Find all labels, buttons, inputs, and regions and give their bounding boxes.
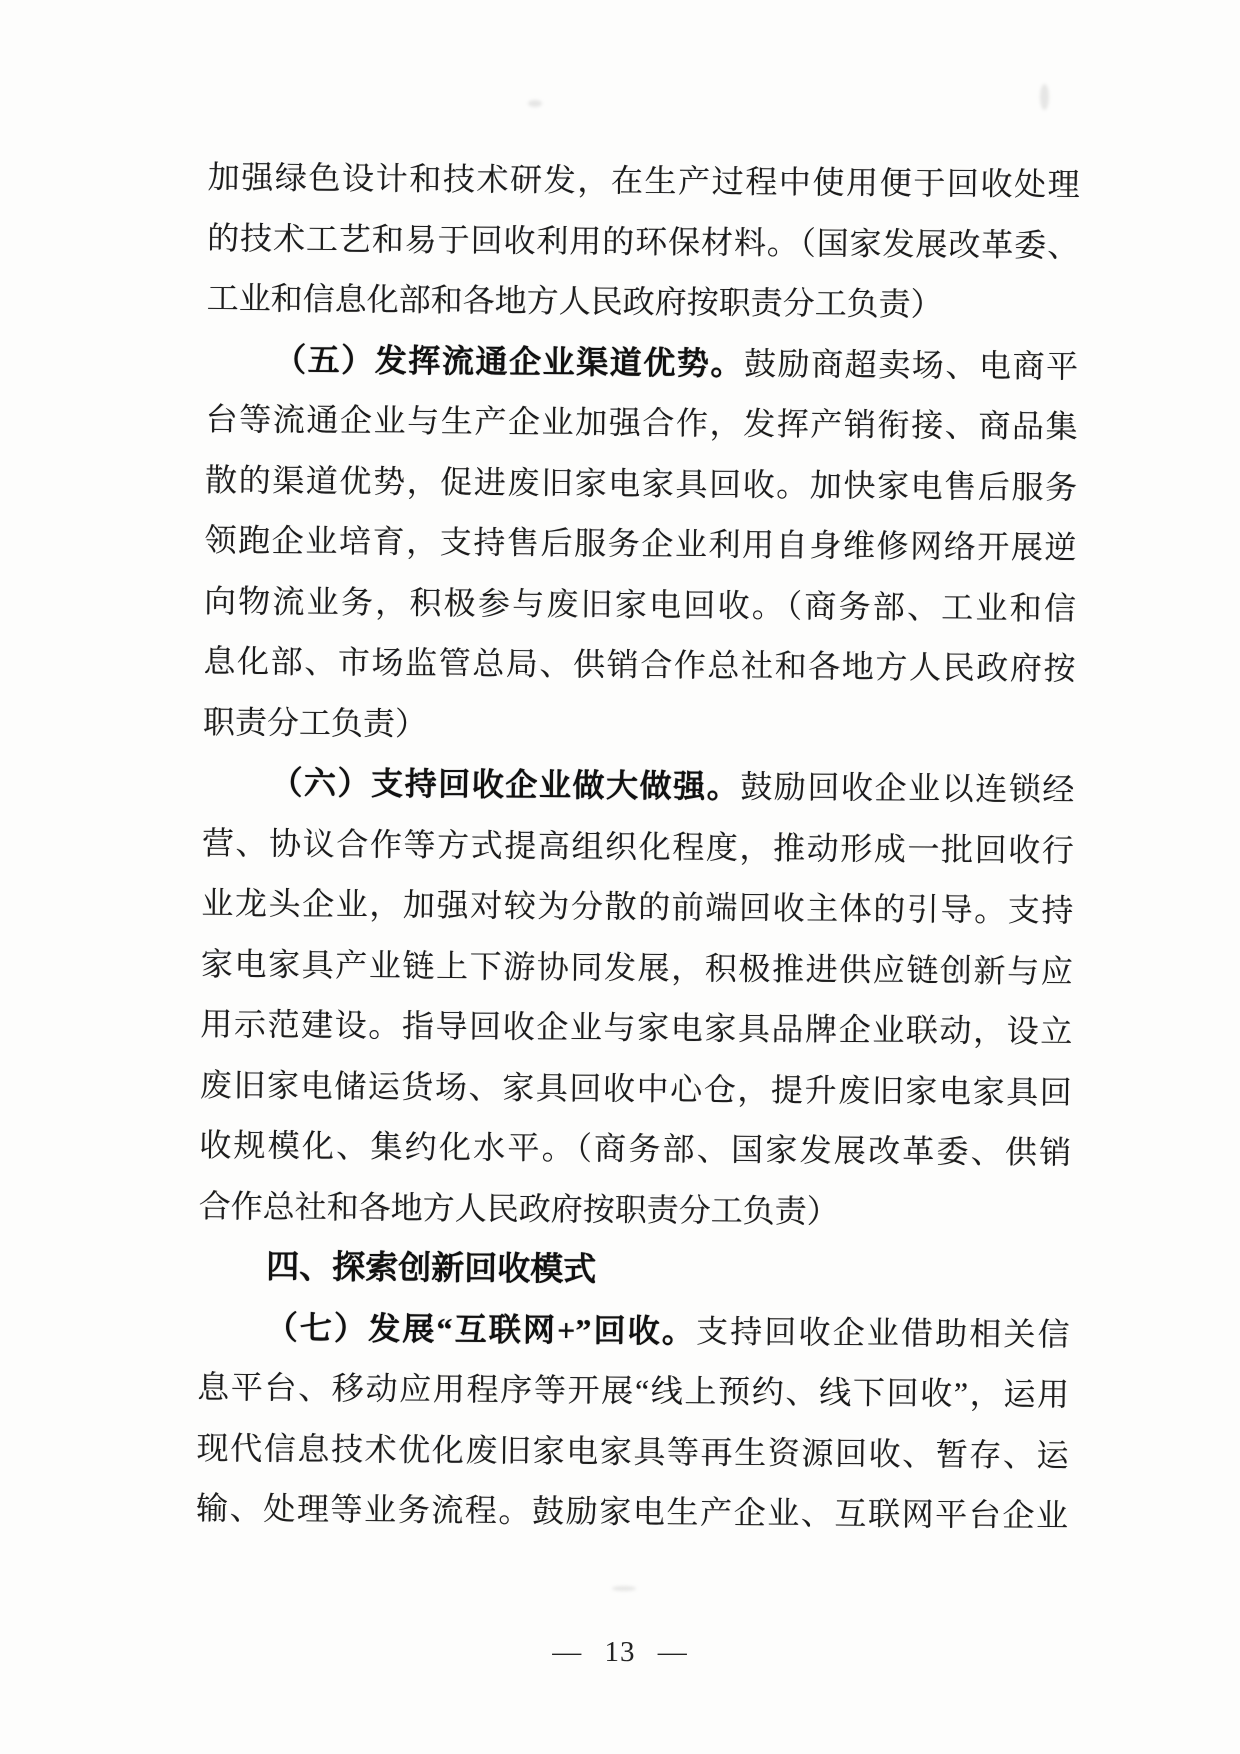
- text-line: （六）支持回收企业做大做强。鼓励回收企业以连锁经: [202, 752, 1074, 820]
- text-run: 鼓励回收企业以连锁经: [740, 769, 1074, 808]
- text-run: 领跑企业培育，支持售后服务企业利用自身维修网络开展逆: [204, 522, 1076, 566]
- text-run: 台等流通企业与生产企业加强合作，发挥产销衔接、商品集: [205, 401, 1077, 445]
- text-run: 息平台、移动应用程序等开展“线上预约、线下回收”，运用: [197, 1369, 1069, 1413]
- text-line: 散的渠道优势，促进废旧家电家具回收。加快家电售后服务: [205, 449, 1077, 517]
- text-block: 加强绿色设计和技术研发，在生产过程中使用便于回收处理的技术工艺和易于回收利用的环…: [196, 147, 1080, 1546]
- scan-artifact: [528, 100, 542, 107]
- text-run: 合作总社和各地方人民政府按职责分工负责）: [199, 1187, 839, 1229]
- text-line: 的技术工艺和易于回收利用的环保材料。（国家发展改革委、: [207, 207, 1079, 275]
- bold-text-run: （六）支持回收企业做大做强。: [270, 765, 740, 805]
- section-heading: 四、探索创新回收模式: [198, 1236, 1070, 1304]
- bold-text-run: （七）发展“互联网+”回收。: [266, 1309, 697, 1349]
- text-run: 收规模化、集约化水平。（商务部、国家发展改革委、供销: [199, 1127, 1071, 1171]
- text-line: 收规模化、集约化水平。（商务部、国家发展改革委、供销: [199, 1115, 1071, 1183]
- text-run: 的技术工艺和易于回收利用的环保材料。（国家发展改革委、: [207, 219, 1079, 263]
- text-line: 合作总社和各地方人民政府按职责分工负责）: [198, 1175, 1070, 1243]
- text-run: 加强绿色设计和技术研发，在生产过程中使用便于回收处理: [208, 159, 1080, 203]
- page-number: — 13 —: [0, 1636, 1240, 1669]
- text-run: 向物流业务，积极参与废旧家电回收。（商务部、工业和信: [204, 582, 1076, 626]
- text-line: 职责分工负责）: [203, 691, 1075, 759]
- text-line: 工业和信息化部和各地方人民政府按职责分工负责）: [206, 268, 1078, 336]
- text-line: 输、处理等业务流程。鼓励家电生产企业、互联网平台企业: [196, 1478, 1068, 1546]
- scan-artifact: [1040, 84, 1049, 110]
- bold-text-run: （五）发挥流通企业渠道优势。: [274, 341, 744, 381]
- document-page: 加强绿色设计和技术研发，在生产过程中使用便于回收处理的技术工艺和易于回收利用的环…: [0, 0, 1240, 1754]
- bold-text-run: 四、探索创新回收模式: [266, 1247, 596, 1289]
- text-run: 输、处理等业务流程。鼓励家电生产企业、互联网平台企业: [196, 1490, 1068, 1534]
- text-line: 营、协议合作等方式提高组织化程度，推动形成一批回收行: [202, 812, 1074, 880]
- text-line: 息平台、移动应用程序等开展“线上预约、线下回收”，运用: [197, 1357, 1069, 1425]
- text-run: 支持回收企业借助相关信: [696, 1313, 1070, 1352]
- text-run: 现代信息技术优化废旧家电家具等再生资源回收、暂存、运: [196, 1429, 1068, 1473]
- text-line: （七）发展“互联网+”回收。支持回收企业借助相关信: [197, 1296, 1069, 1364]
- text-line: 向物流业务，积极参与废旧家电回收。（商务部、工业和信: [204, 570, 1076, 638]
- text-run: 散的渠道优势，促进废旧家电家具回收。加快家电售后服务: [205, 461, 1077, 505]
- text-line: 息化部、市场监管总局、供销合作总社和各地方人民政府按: [203, 631, 1075, 699]
- text-line: 业龙头企业，加强对较为分散的前端回收主体的引导。支持: [201, 873, 1073, 941]
- text-line: 废旧家电储运货场、家具回收中心仓，提升废旧家电家具回: [200, 1054, 1072, 1122]
- text-line: （五）发挥流通企业渠道优势。鼓励商超卖场、电商平: [206, 328, 1078, 396]
- text-line: 台等流通企业与生产企业加强合作，发挥产销衔接、商品集: [205, 389, 1077, 457]
- scan-artifact: [612, 1586, 636, 1591]
- text-run: 用示范建设。指导回收企业与家电家具品牌企业联动，设立: [200, 1006, 1072, 1050]
- text-run: 业龙头企业，加强对较为分散的前端回收主体的引导。支持: [201, 885, 1073, 929]
- text-run: 营、协议合作等方式提高组织化程度，推动形成一批回收行: [202, 824, 1074, 868]
- text-run: 废旧家电储运货场、家具回收中心仓，提升废旧家电家具回: [200, 1066, 1072, 1110]
- text-run: 工业和信息化部和各地方人民政府按职责分工负责）: [207, 280, 943, 322]
- text-run: 息化部、市场监管总局、供销合作总社和各地方人民政府按: [203, 643, 1075, 687]
- text-line: 现代信息技术优化废旧家电家具等再生资源回收、暂存、运: [196, 1417, 1068, 1485]
- text-line: 家电家具产业链上下游协同发展，积极推进供应链创新与应: [201, 933, 1073, 1001]
- text-run: 家电家具产业链上下游协同发展，积极推进供应链创新与应: [201, 945, 1073, 989]
- text-run: 鼓励商超卖场、电商平: [744, 345, 1078, 384]
- text-line: 领跑企业培育，支持售后服务企业利用自身维修网络开展逆: [204, 510, 1076, 578]
- text-line: 加强绿色设计和技术研发，在生产过程中使用便于回收处理: [207, 147, 1079, 215]
- text-line: 用示范建设。指导回收企业与家电家具品牌企业联动，设立: [200, 994, 1072, 1062]
- text-run: 职责分工负责）: [203, 703, 427, 741]
